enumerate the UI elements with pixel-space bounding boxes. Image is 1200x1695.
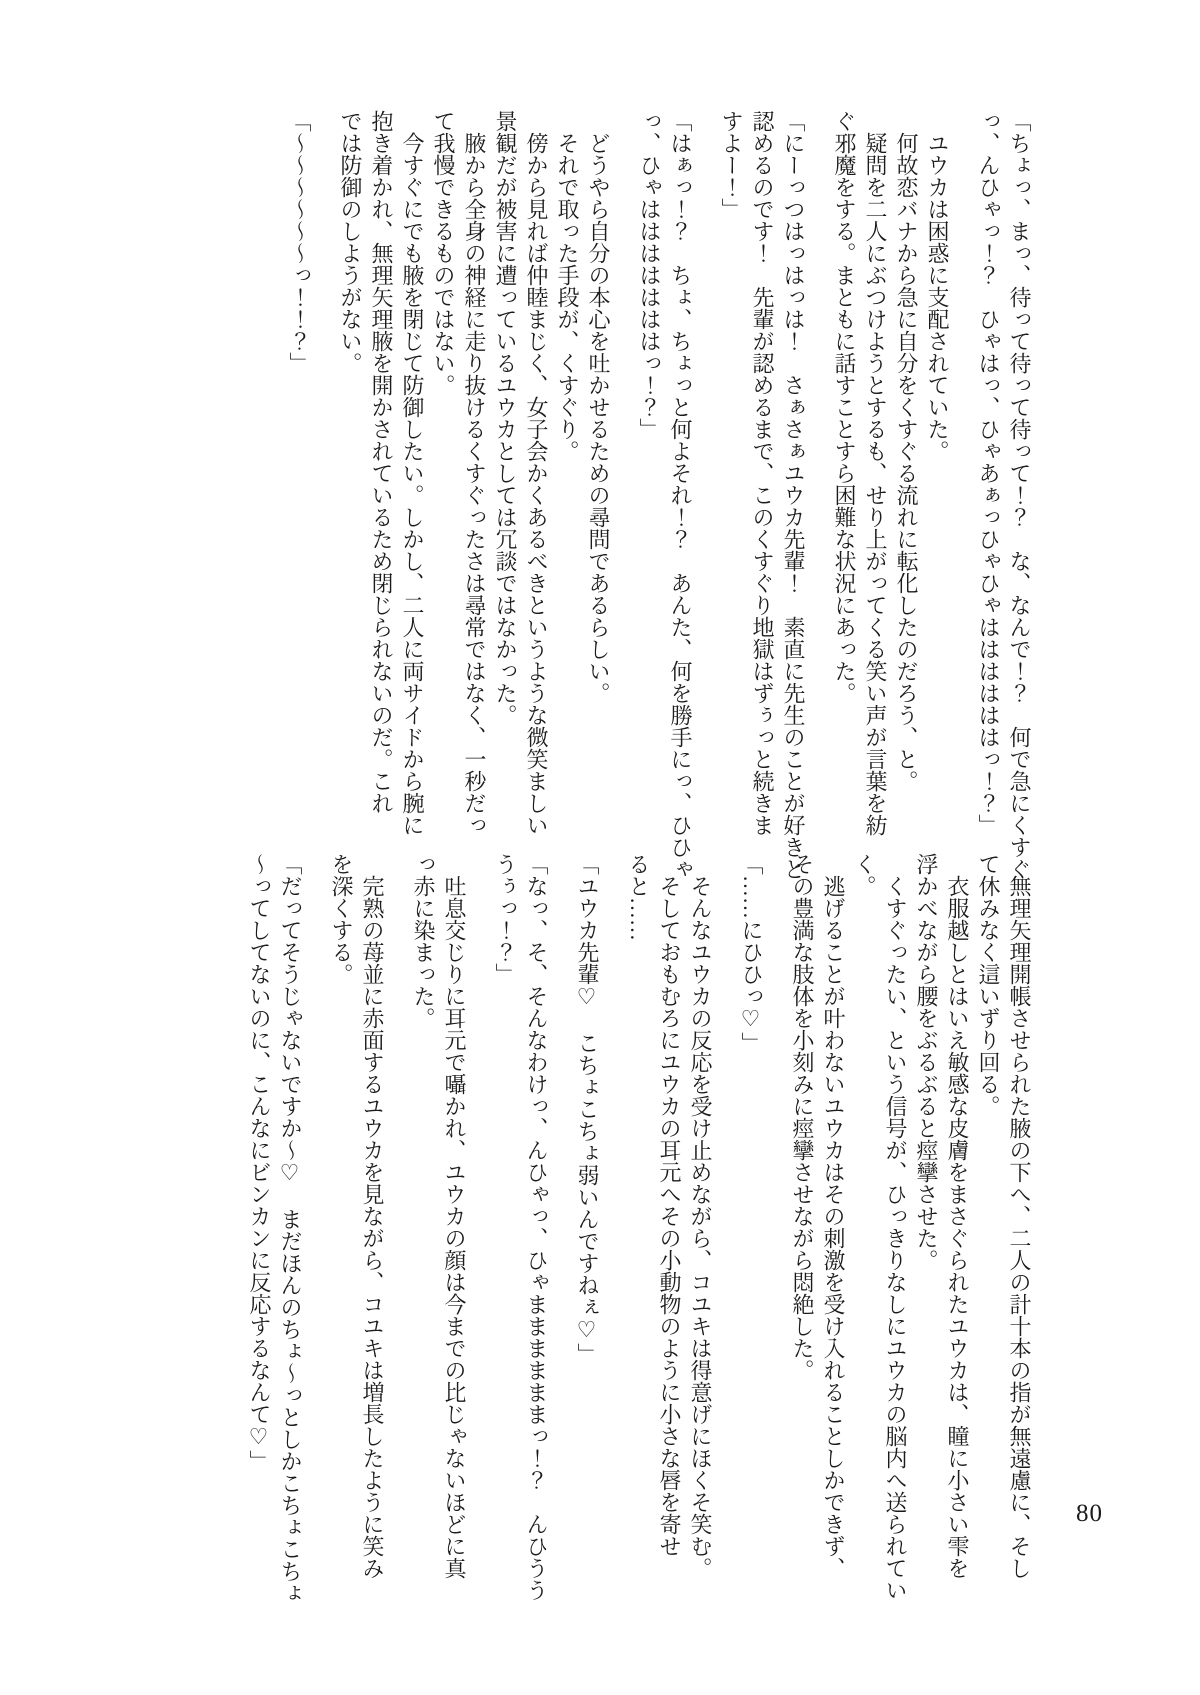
text-column: 無理矢理開帳させられた腋の下へ、二人の計十本の指が無遠慮に、そし — [1004, 853, 1035, 1615]
text-column: 「〜〜〜〜〜〜っ！！？」 — [284, 110, 315, 872]
text-column: 腋から全身の神経に走り抜けるくすぐったさは尋常ではなく、一秒だっ — [459, 110, 490, 872]
text-column: 逃げることが叶わないユウカはその刺激を受け入れることしかできず、 — [818, 853, 849, 1615]
text-column: 今すぐにでも腋を閉じて防御したい。しかし、二人に両サイドから腕に — [397, 110, 428, 872]
text-column: 疑問を二人にぶつけようとするも、せり上がってくる笑い声が言葉を紡 — [860, 110, 891, 872]
text-block-top: 「ちょっ、まっ、待って待って待って！？ な、なんで！？ 何で急にくすぐっ、んひゃ… — [284, 110, 1035, 872]
text-column: 「……にひひっ♡」 — [736, 853, 767, 1615]
text-column: くすぐったい、という信号が、ひっきりなしにユウカの脳内へ送られてい — [880, 853, 911, 1615]
text-column: ユウカは困惑に支配されていた。 — [922, 110, 953, 872]
text-column: 抱き着かれ、無理矢理腋を開かされているため閉じられないのだ。これ — [366, 110, 397, 872]
text-block-bottom: 無理矢理開帳させられた腋の下へ、二人の計十本の指が無遠慮に、そして休みなく這いず… — [244, 853, 1035, 1615]
text-column: すよー！」 — [716, 110, 747, 872]
text-column: を深くする。 — [326, 853, 357, 1615]
text-column: っ赤に染まった。 — [408, 853, 439, 1615]
text-column: 何故恋バナから急に自分をくすぐる流れに転化したのだろう、と。 — [891, 110, 922, 872]
text-column: ると…… — [623, 853, 654, 1615]
text-column: そしておもむろにユウカの耳元へその小動物のように小さな唇を寄せ — [654, 853, 685, 1615]
text-column: て我慢できるものではない。 — [428, 110, 459, 872]
text-column: 「だってそうじゃないですか〜♡ まだほんのちょ〜っとしかこちょこちょ — [275, 853, 306, 1615]
text-column: て休みなく這いずり回る。 — [973, 853, 1004, 1615]
page: 「ちょっ、まっ、待って待って待って！？ な、なんで！？ 何で急にくすぐっ、んひゃ… — [0, 0, 1200, 1695]
text-column: では防御のしようがない。 — [335, 110, 366, 872]
text-column: 景観だが被害に遭っているユウカとしては冗談ではなかった。 — [490, 110, 521, 872]
text-column: 浮かべながら腰をぶるぶると痙攣させた。 — [911, 853, 942, 1615]
text-column: 〜ってしてないのに、こんなにビンカンに反応するなんて♡」 — [244, 853, 275, 1615]
text-column: 「ちょっ、まっ、待って待って待って！？ な、なんで！？ 何で急にくすぐ — [1004, 110, 1035, 872]
text-column: っ、んひゃっ！？ ひゃはっ、ひゃあぁっひゃひゃははははははっ！？」 — [973, 110, 1004, 872]
text-column: 「にーっつはっはっは！ さぁさぁユウカ先輩！ 素直に先生のことが好きと — [778, 110, 809, 872]
page-number: 80 — [1076, 1500, 1103, 1528]
text-column: うぅっ！？」 — [490, 853, 521, 1615]
text-column: その豊満な肢体を小刻みに痙攣させながら悶絶した。 — [787, 853, 818, 1615]
text-column: 「なっ、そ、そんなわけっ、んひゃっ、ひゃままままままっ！？ んひうう — [521, 853, 552, 1615]
text-column: そんなユウカの反応を受け止めながら、コユキは得意げにほくそ笑む。 — [685, 853, 716, 1615]
text-column: 「ユウカ先輩♡ こちょこちょ弱いんですねぇ♡」 — [572, 853, 603, 1615]
text-column: っ、ひゃはははははははっ！？」 — [634, 110, 665, 872]
text-column: 認めるのです！ 先輩が認めるまで、このくすぐり地獄はずぅっと続きま — [747, 110, 778, 872]
text-column: それで取った手段が、くすぐり。 — [552, 110, 583, 872]
text-column: ぐ邪魔をする。まともに話すことすら困難な状況にあった。 — [829, 110, 860, 872]
text-column: 吐息交じりに耳元で囁かれ、ユウカの顔は今までの比じゃないほどに真 — [439, 853, 470, 1615]
text-column: 「はぁっ！？ ちょ、ちょっと何よそれ！？ あんた、何を勝手にっ、ひひゃ — [665, 110, 696, 872]
text-column: 傍から見れば仲睦まじく、女子会かくあるべきというような微笑ましい — [521, 110, 552, 872]
text-column: どうやら自分の本心を吐かせるための尋問であるらしい。 — [583, 110, 614, 872]
text-column: 完熟の苺並に赤面するユウカを見ながら、コユキは増長したように笑み — [357, 853, 388, 1615]
scanned-novel-page: { "page": { "number": "80" }, "colors": … — [0, 0, 1200, 1695]
text-column: く。 — [849, 853, 880, 1615]
text-column: 衣服越しとはいえ敏感な皮膚をまさぐられたユウカは、瞳に小さい雫を — [942, 853, 973, 1615]
